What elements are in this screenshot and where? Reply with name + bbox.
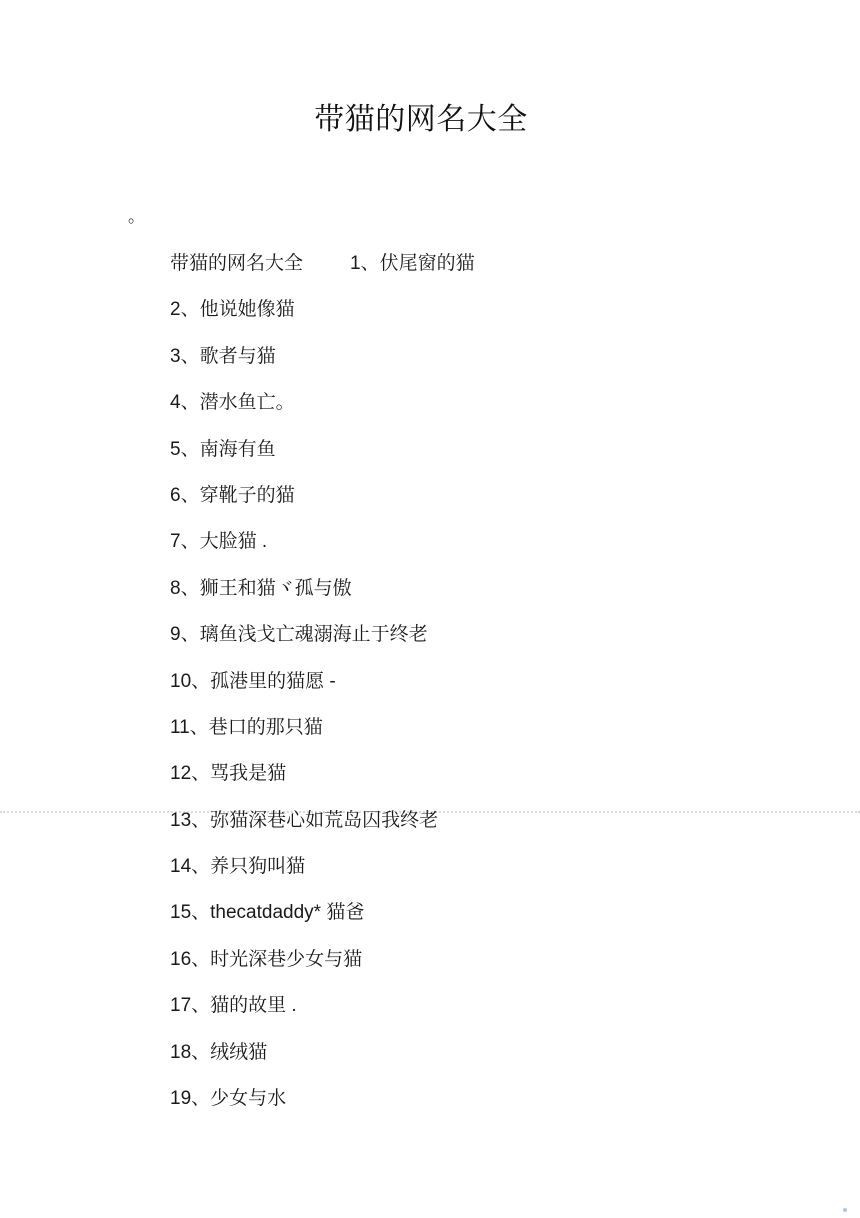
item-number: 5、: [170, 439, 200, 460]
list-item: 13、弥猫深巷心如荒岛囚我终老: [170, 809, 830, 832]
item-text: 南海有鱼: [200, 439, 276, 460]
artifact-dot: [843, 1208, 847, 1212]
item-number: 3、: [170, 346, 200, 367]
item-text: 他说她像猫: [200, 299, 295, 320]
item-text: 狮王和猫ヾ孤与傲: [200, 578, 352, 599]
item-text: 少女与水: [210, 1088, 286, 1109]
item-number: 7、: [170, 531, 200, 552]
list-item: 7、大脸猫 .: [170, 530, 830, 553]
list-item: 带猫的网名大全1、伏尾窗的猫: [170, 252, 830, 275]
item-number: 8、: [170, 578, 200, 599]
item-text: 穿靴子的猫: [200, 485, 295, 506]
item-text: 伏尾窗的猫: [380, 253, 475, 274]
item-number: 10、: [170, 671, 210, 692]
list-item: 17、猫的故里 .: [170, 994, 830, 1017]
list-item: 8、狮王和猫ヾ孤与傲: [170, 577, 830, 600]
lead-spacer: [303, 268, 350, 269]
item-number: 17、: [170, 995, 210, 1016]
item-text: 时光深巷少女与猫: [210, 949, 362, 970]
list-lead-text: 带猫的网名大全: [170, 252, 303, 274]
list-item: 19、少女与水: [170, 1087, 830, 1110]
list-item: 16、时光深巷少女与猫: [170, 948, 830, 971]
item-text: thecatdaddy* 猫爸: [210, 902, 364, 923]
item-number: 1、: [350, 253, 380, 274]
item-number: 13、: [170, 810, 210, 831]
document-page: 带猫的网名大全 。 带猫的网名大全1、伏尾窗的猫2、他说她像猫3、歌者与猫4、潜…: [0, 0, 860, 1218]
list-item: 6、穿靴子的猫: [170, 484, 830, 507]
item-number: 6、: [170, 485, 200, 506]
item-number: 11、: [170, 717, 209, 738]
item-number: 2、: [170, 299, 200, 320]
item-text: 骂我是猫: [210, 763, 286, 784]
item-text: 歌者与猫: [200, 346, 276, 367]
page-title: 带猫的网名大全: [0, 100, 842, 140]
name-list: 带猫的网名大全1、伏尾窗的猫2、他说她像猫3、歌者与猫4、潜水鱼亡。5、南海有鱼…: [170, 252, 830, 1133]
item-number: 14、: [170, 856, 210, 877]
item-text: 绒绒猫: [210, 1042, 267, 1063]
list-item: 11、巷口的那只猫: [170, 716, 830, 739]
list-item: 15、thecatdaddy* 猫爸: [170, 901, 830, 924]
item-text: 璃鱼浅戈亡魂溺海止于终老: [200, 624, 428, 645]
item-number: 16、: [170, 949, 210, 970]
item-text: 弥猫深巷心如荒岛囚我终老: [210, 810, 438, 831]
item-text: 养只狗叫猫: [210, 856, 305, 877]
item-number: 12、: [170, 763, 210, 784]
item-text: 猫的故里 .: [210, 995, 297, 1016]
list-item: 4、潜水鱼亡。: [170, 391, 830, 414]
paragraph-mark: 。: [128, 204, 145, 230]
item-text: 巷口的那只猫: [209, 717, 323, 738]
list-item: 12、骂我是猫: [170, 762, 830, 785]
list-item: 14、养只狗叫猫: [170, 855, 830, 878]
item-number: 15、: [170, 902, 210, 923]
item-text: 孤港里的猫愿 -: [210, 671, 336, 692]
item-number: 19、: [170, 1088, 210, 1109]
item-number: 9、: [170, 624, 200, 645]
item-text: 潜水鱼亡。: [200, 392, 295, 413]
list-item: 10、孤港里的猫愿 -: [170, 670, 830, 693]
list-item: 5、南海有鱼: [170, 438, 830, 461]
list-item: 2、他说她像猫: [170, 298, 830, 321]
item-text: 大脸猫 .: [200, 531, 268, 552]
item-number: 4、: [170, 392, 200, 413]
list-item: 9、璃鱼浅戈亡魂溺海止于终老: [170, 623, 830, 646]
item-number: 18、: [170, 1042, 210, 1063]
list-item: 18、绒绒猫: [170, 1041, 830, 1064]
list-item: 3、歌者与猫: [170, 345, 830, 368]
